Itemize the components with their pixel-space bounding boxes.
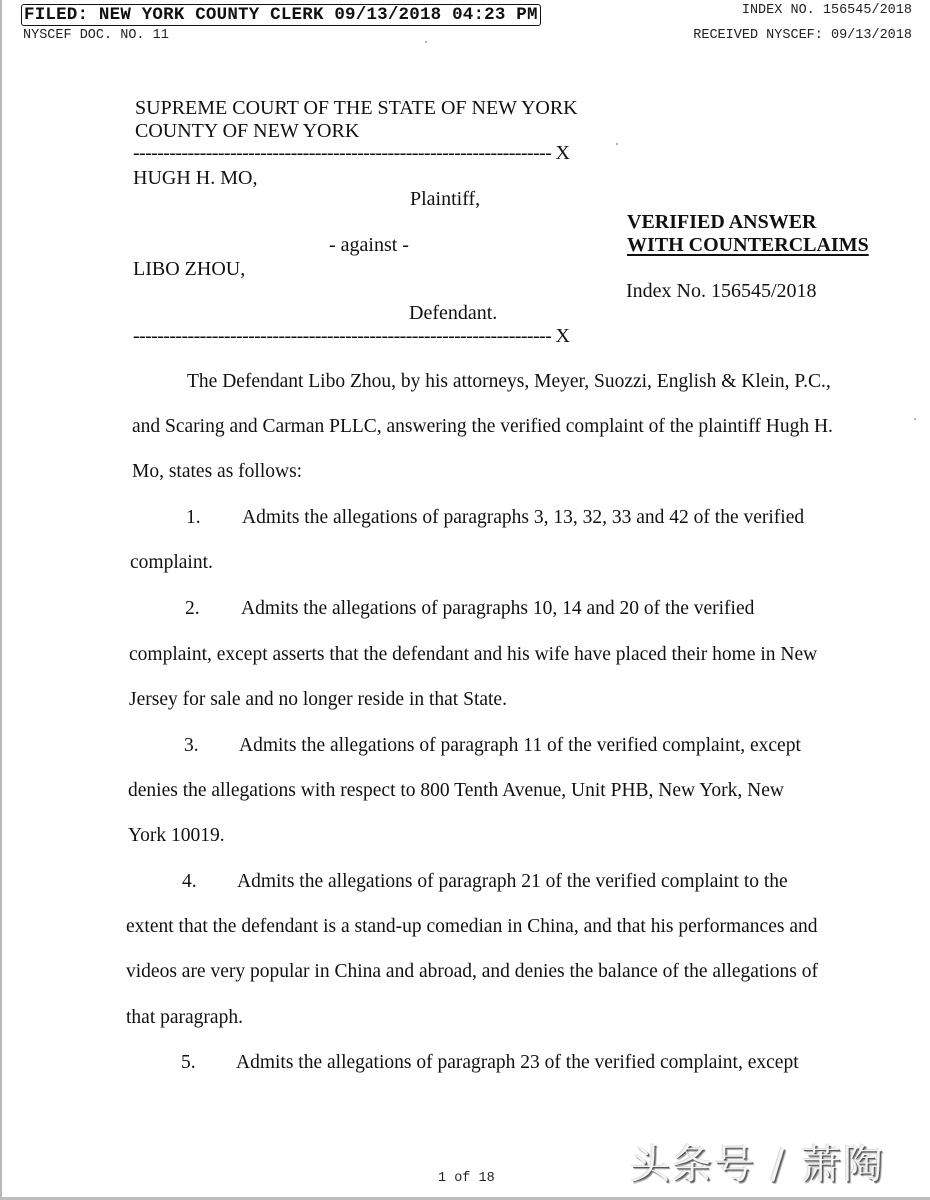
paragraph-line: Admits the allegations of paragraph 23 o…: [236, 1052, 799, 1074]
caption-separator-bottom: ----------------------------------------…: [133, 325, 569, 348]
header-index-number: INDEX NO. 156545/2018: [742, 3, 912, 18]
paragraph-line: Admits the allegations of paragraphs 10,…: [241, 598, 754, 620]
court-name: SUPREME COURT OF THE STATE OF NEW YORK: [135, 97, 578, 120]
scan-speck: [616, 143, 618, 145]
paragraph-line: Admits the allegations of paragraphs 3, …: [242, 507, 804, 529]
intro-line: and Scaring and Carman PLLC, answering t…: [132, 416, 833, 438]
plaintiff-name: HUGH H. MO,: [133, 167, 257, 190]
versus-label: - against -: [329, 234, 409, 257]
paragraph-number: 2.: [185, 598, 200, 620]
paragraph-number: 5.: [181, 1052, 196, 1074]
paragraph-line: denies the allegations with respect to 8…: [128, 780, 784, 802]
watermark: 头条号 / 萧陶: [630, 1133, 885, 1190]
paragraph-line: complaint.: [130, 552, 213, 574]
county-name: COUNTY OF NEW YORK: [135, 120, 359, 143]
paragraph-line: complaint, except asserts that the defen…: [129, 644, 817, 666]
paragraph-number: 3.: [184, 735, 199, 757]
defendant-name: LIBO ZHOU,: [133, 258, 245, 281]
nyscef-doc-number: NYSCEF DOC. NO. 11: [23, 28, 169, 43]
caption-separator-top: ----------------------------------------…: [133, 142, 569, 165]
defendant-label: Defendant.: [409, 302, 497, 325]
scan-speck: [425, 41, 427, 43]
document-title-line2: WITH COUNTERCLAIMS: [627, 234, 869, 257]
paragraph-line: Admits the allegations of paragraph 11 o…: [239, 735, 801, 757]
scan-speck: [914, 418, 916, 420]
paragraph-line: York 10019.: [128, 825, 225, 847]
paragraph-line: Jersey for sale and no longer reside in …: [129, 689, 507, 711]
paragraph-line: videos are very popular in China and abr…: [126, 961, 818, 983]
paragraph-line: extent that the defendant is a stand-up …: [126, 916, 818, 938]
paragraph-number: 4.: [182, 871, 197, 893]
plaintiff-label: Plaintiff,: [410, 188, 480, 211]
paragraph-line: Admits the allegations of paragraph 21 o…: [237, 871, 788, 893]
intro-line: Mo, states as follows:: [132, 461, 302, 483]
received-date: RECEIVED NYSCEF: 09/13/2018: [693, 28, 912, 43]
filed-stamp: FILED: NEW YORK COUNTY CLERK 09/13/2018 …: [21, 4, 541, 26]
paragraph-number: 1.: [186, 507, 201, 529]
paragraph-line: that paragraph.: [126, 1007, 243, 1029]
document-page: FILED: NEW YORK COUNTY CLERK 09/13/2018 …: [0, 0, 930, 1200]
intro-line: The Defendant Libo Zhou, by his attorney…: [187, 371, 831, 393]
page-indicator: 1 of 18: [438, 1171, 495, 1186]
caption-index-number: Index No. 156545/2018: [626, 280, 817, 303]
document-title-line1: VERIFIED ANSWER: [627, 211, 816, 234]
